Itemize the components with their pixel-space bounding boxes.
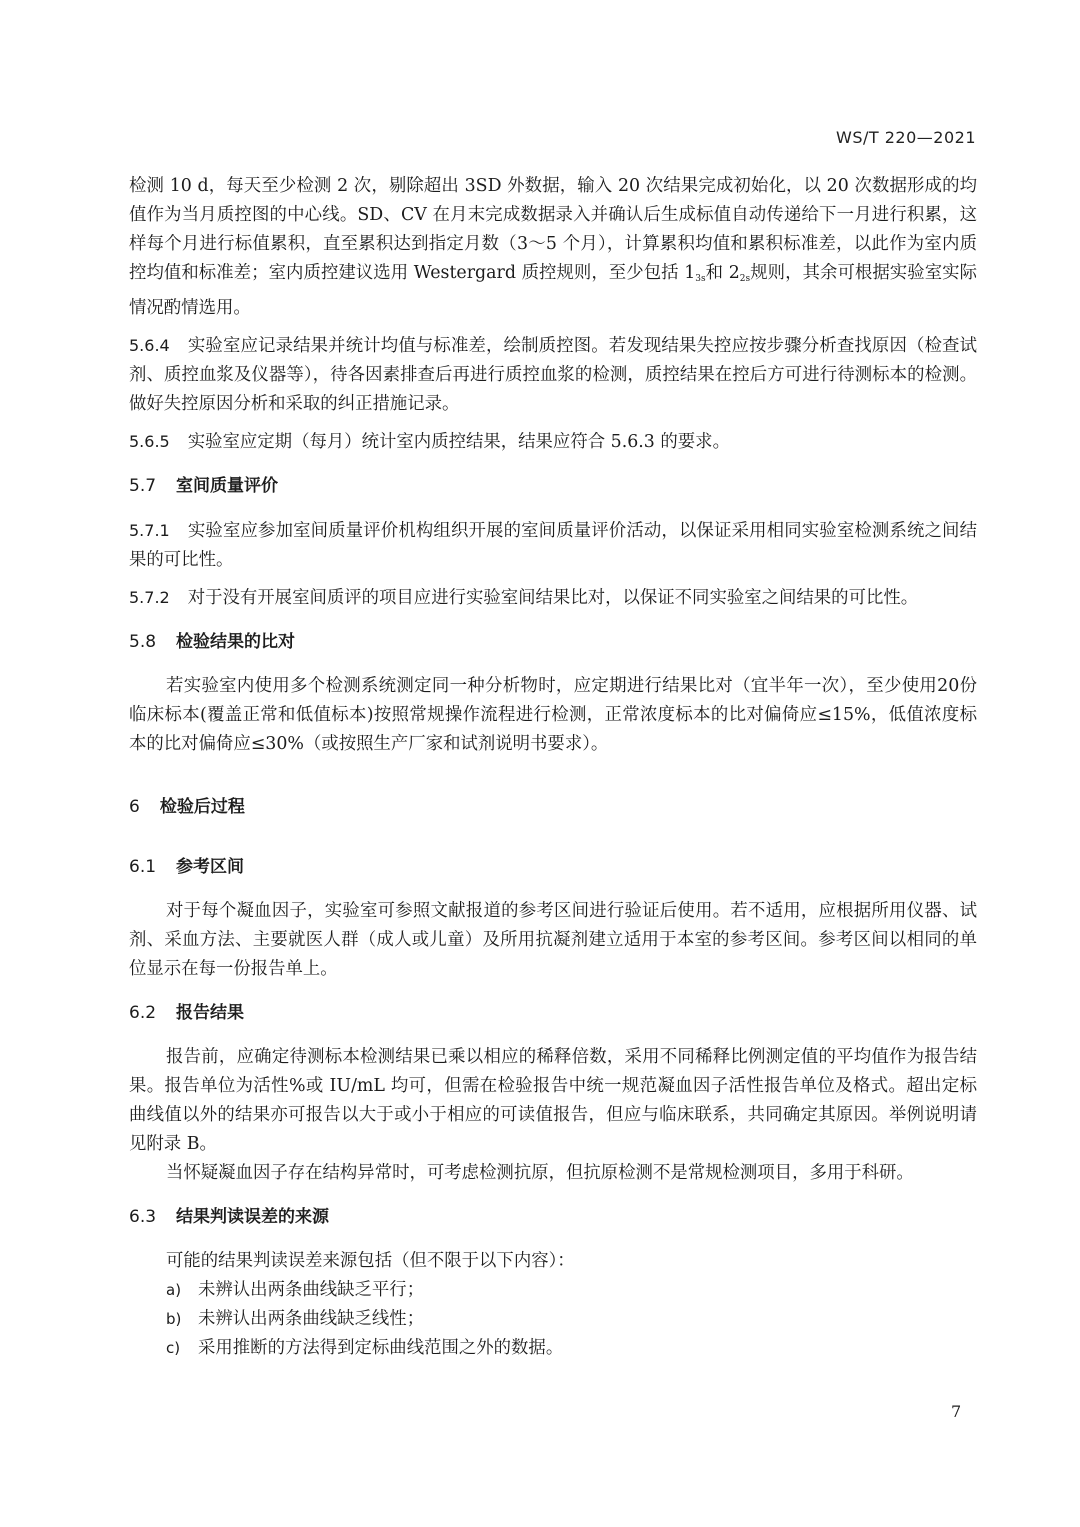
- section-title: 检验结果的比对: [176, 632, 295, 652]
- rule-subscript-2s: 2s: [740, 274, 750, 284]
- section-number: 6.1: [129, 857, 156, 877]
- chapter-heading-6: 6检验后过程: [129, 793, 977, 822]
- chapter-title: 检验后过程: [160, 797, 245, 817]
- clause-text: 实验室应记录结果并统计均值与标准差，绘制质控图。若发现结果失控应按步骤分析查找原…: [129, 336, 977, 414]
- section-number: 5.7: [129, 476, 156, 496]
- clause-number: 5.6.4: [129, 336, 170, 355]
- clause-number: 5.6.5: [129, 432, 170, 451]
- clause-5-7-1: 5.7.1实验室应参加室间质量评价机构组织开展的室间质量评价活动，以保证采用相同…: [129, 516, 977, 575]
- continuation-text-b: 和 2: [706, 263, 740, 283]
- list-text: 未辨认出两条曲线缺乏平行；: [198, 1280, 424, 1300]
- section-number: 6.2: [129, 1003, 156, 1023]
- list-item-b: b)未辨认出两条曲线缺乏线性；: [129, 1305, 977, 1334]
- section-title: 室间质量评价: [176, 476, 278, 496]
- section-number: 6.3: [129, 1207, 156, 1227]
- section-heading-5-8: 5.8检验结果的比对: [129, 628, 977, 657]
- rule-subscript-3s: 3s: [695, 274, 705, 284]
- continuation-paragraph: 检测 10 d，每天至少检测 2 次，剔除超出 3SD 外数据，输入 20 次结…: [129, 172, 977, 323]
- section-6-2-body-2: 当怀疑凝血因子存在结构异常时，可考虑检测抗原，但抗原检测不是常规检测项目，多用于…: [129, 1159, 977, 1188]
- section-number: 5.8: [129, 632, 156, 652]
- clause-number: 5.7.1: [129, 521, 170, 540]
- clause-text: 实验室应参加室间质量评价机构组织开展的室间质量评价活动，以保证采用相同实验室检测…: [129, 521, 977, 570]
- list-label: c): [166, 1334, 194, 1363]
- list-label: b): [166, 1305, 194, 1334]
- section-heading-6-3: 6.3结果判读误差的来源: [129, 1203, 977, 1232]
- section-heading-5-7: 5.7室间质量评价: [129, 472, 977, 501]
- list-item-c: c)采用推断的方法得到定标曲线范围之外的数据。: [129, 1334, 977, 1363]
- section-6-2-body-1: 报告前，应确定待测标本检测结果已乘以相应的稀释倍数，采用不同稀释比例测定值的平均…: [129, 1043, 977, 1159]
- chapter-number: 6: [129, 797, 140, 817]
- list-text: 未辨认出两条曲线缺乏线性；: [198, 1309, 424, 1329]
- document-code-header: WS/T 220—2021: [836, 128, 976, 147]
- clause-text: 实验室应定期（每月）统计室内质控结果，结果应符合 5.6.3 的要求。: [188, 432, 730, 452]
- clause-5-6-4: 5.6.4实验室应记录结果并统计均值与标准差，绘制质控图。若发现结果失控应按步骤…: [129, 331, 977, 419]
- list-label: a): [166, 1276, 194, 1305]
- section-6-1-body: 对于每个凝血因子，实验室可参照文献报道的参考区间进行验证后使用。若不适用，应根据…: [129, 897, 977, 984]
- clause-text: 对于没有开展室间质评的项目应进行实验室间结果比对，以保证不同实验室之间结果的可比…: [188, 588, 918, 608]
- clause-number: 5.7.2: [129, 588, 170, 607]
- section-title: 参考区间: [176, 857, 244, 877]
- list-item-a: a)未辨认出两条曲线缺乏平行；: [129, 1276, 977, 1305]
- list-text: 采用推断的方法得到定标曲线范围之外的数据。: [198, 1338, 563, 1358]
- section-title: 结果判读误差的来源: [176, 1207, 329, 1227]
- section-6-3-intro: 可能的结果判读误差来源包括（但不限于以下内容）：: [129, 1247, 977, 1276]
- section-title: 报告结果: [176, 1003, 244, 1023]
- clause-5-6-5: 5.6.5实验室应定期（每月）统计室内质控结果，结果应符合 5.6.3 的要求。: [129, 427, 977, 457]
- section-heading-6-2: 6.2报告结果: [129, 999, 977, 1028]
- section-5-8-body: 若实验室内使用多个检测系统测定同一种分析物时，应定期进行结果比对（宜半年一次），…: [129, 672, 977, 759]
- page-body: 检测 10 d，每天至少检测 2 次，剔除超出 3SD 外数据，输入 20 次结…: [129, 172, 977, 1363]
- clause-5-7-2: 5.7.2对于没有开展室间质评的项目应进行实验室间结果比对，以保证不同实验室之间…: [129, 583, 977, 613]
- section-heading-6-1: 6.1参考区间: [129, 853, 977, 882]
- page-number: 7: [951, 1402, 961, 1421]
